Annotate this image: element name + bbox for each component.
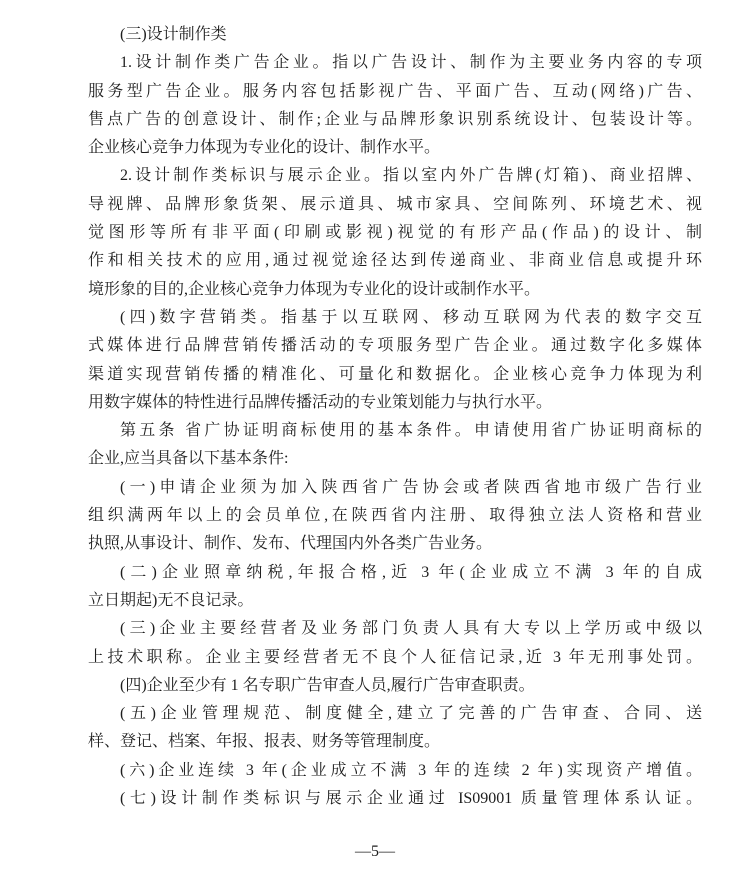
text-line: (四)数字营销类。指基于以互联网、移动互联网为代表的数字交互 xyxy=(88,304,702,332)
text-line: 用数字媒体的特性进行品牌传播活动的专业策划能力与执行水平。 xyxy=(88,389,702,417)
text-line: 立日期起)无不良记录。 xyxy=(88,587,702,615)
text-line: 导视牌、品牌形象货架、展示道具、城市家具、空间陈列、环境艺术、视 xyxy=(88,191,702,219)
text-line: 境形象的目的,企业核心竞争力体现为专业化的设计或制作水平。 xyxy=(88,276,702,304)
text-line: (一)申请企业须为加入陕西省广告协会或者陕西省地市级广告行业 xyxy=(88,474,702,502)
text-line: 2.设计制作类标识与展示企业。指以室内外广告牌(灯箱)、商业招牌、 xyxy=(88,162,702,190)
text-line: (二)企业照章纳税,年报合格,近 3 年(企业成立不满 3 年的自成 xyxy=(88,559,702,587)
text-line: (五)企业管理规范、制度健全,建立了完善的广告审查、合同、送 xyxy=(88,700,702,728)
document-page: (三)设计制作类1.设计制作类广告企业。指以广告设计、制作为主要业务内容的专项服… xyxy=(0,0,750,894)
text-line: 第五条 省广协证明商标使用的基本条件。申请使用省广协证明商标的 xyxy=(88,417,702,445)
text-line: (三)企业主要经营者及业务部门负责人具有大专以上学历或中级以 xyxy=(88,615,702,643)
text-line: 组织满两年以上的会员单位,在陕西省内注册、取得独立法人资格和营业 xyxy=(88,502,702,530)
text-line: 服务型广告企业。服务内容包括影视广告、平面广告、互动(网络)广告、 xyxy=(88,78,702,106)
text-line: 企业核心竞争力体现为专业化的设计、制作水平。 xyxy=(88,134,702,162)
text-line: 渠道实现营销传播的精准化、可量化和数据化。企业核心竞争力体现为利 xyxy=(88,361,702,389)
text-line: (六)企业连续 3 年(企业成立不满 3 年的连续 2 年)实现资产增值。 xyxy=(88,757,702,785)
page-number: —5— xyxy=(355,843,395,860)
text-line: (七)设计制作类标识与展示企业通过 IS09001 质量管理体系认证。 xyxy=(88,785,702,813)
text-line: 售点广告的创意设计、制作;企业与品牌形象识别系统设计、包装设计等。 xyxy=(88,106,702,134)
text-line: 觉图形等所有非平面(印刷或影视)视觉的有形产品(作品)的设计、制 xyxy=(88,219,702,247)
text-line: 样、登记、档案、年报、报表、财务等管理制度。 xyxy=(88,728,702,756)
text-line: 上技术职称。企业主要经营者无不良个人征信记录,近 3 年无刑事处罚。 xyxy=(88,644,702,672)
text-line: 式媒体进行品牌营销传播活动的专项服务型广告企业。通过数字化多媒体 xyxy=(88,332,702,360)
document-body: (三)设计制作类1.设计制作类广告企业。指以广告设计、制作为主要业务内容的专项服… xyxy=(88,21,702,813)
text-line: 执照,从事设计、制作、发布、代理国内外各类广告业务。 xyxy=(88,530,702,558)
text-line: 作和相关技术的应用,通过视觉途径达到传递商业、非商业信息或提升环 xyxy=(88,247,702,275)
page-footer: —5— xyxy=(0,838,750,866)
text-line: 1.设计制作类广告企业。指以广告设计、制作为主要业务内容的专项 xyxy=(88,49,702,77)
text-line: 企业,应当具备以下基本条件: xyxy=(88,445,702,473)
text-line: (四)企业至少有 1 名专职广告审查人员,履行广告审查职责。 xyxy=(88,672,702,700)
text-line: (三)设计制作类 xyxy=(88,21,702,49)
